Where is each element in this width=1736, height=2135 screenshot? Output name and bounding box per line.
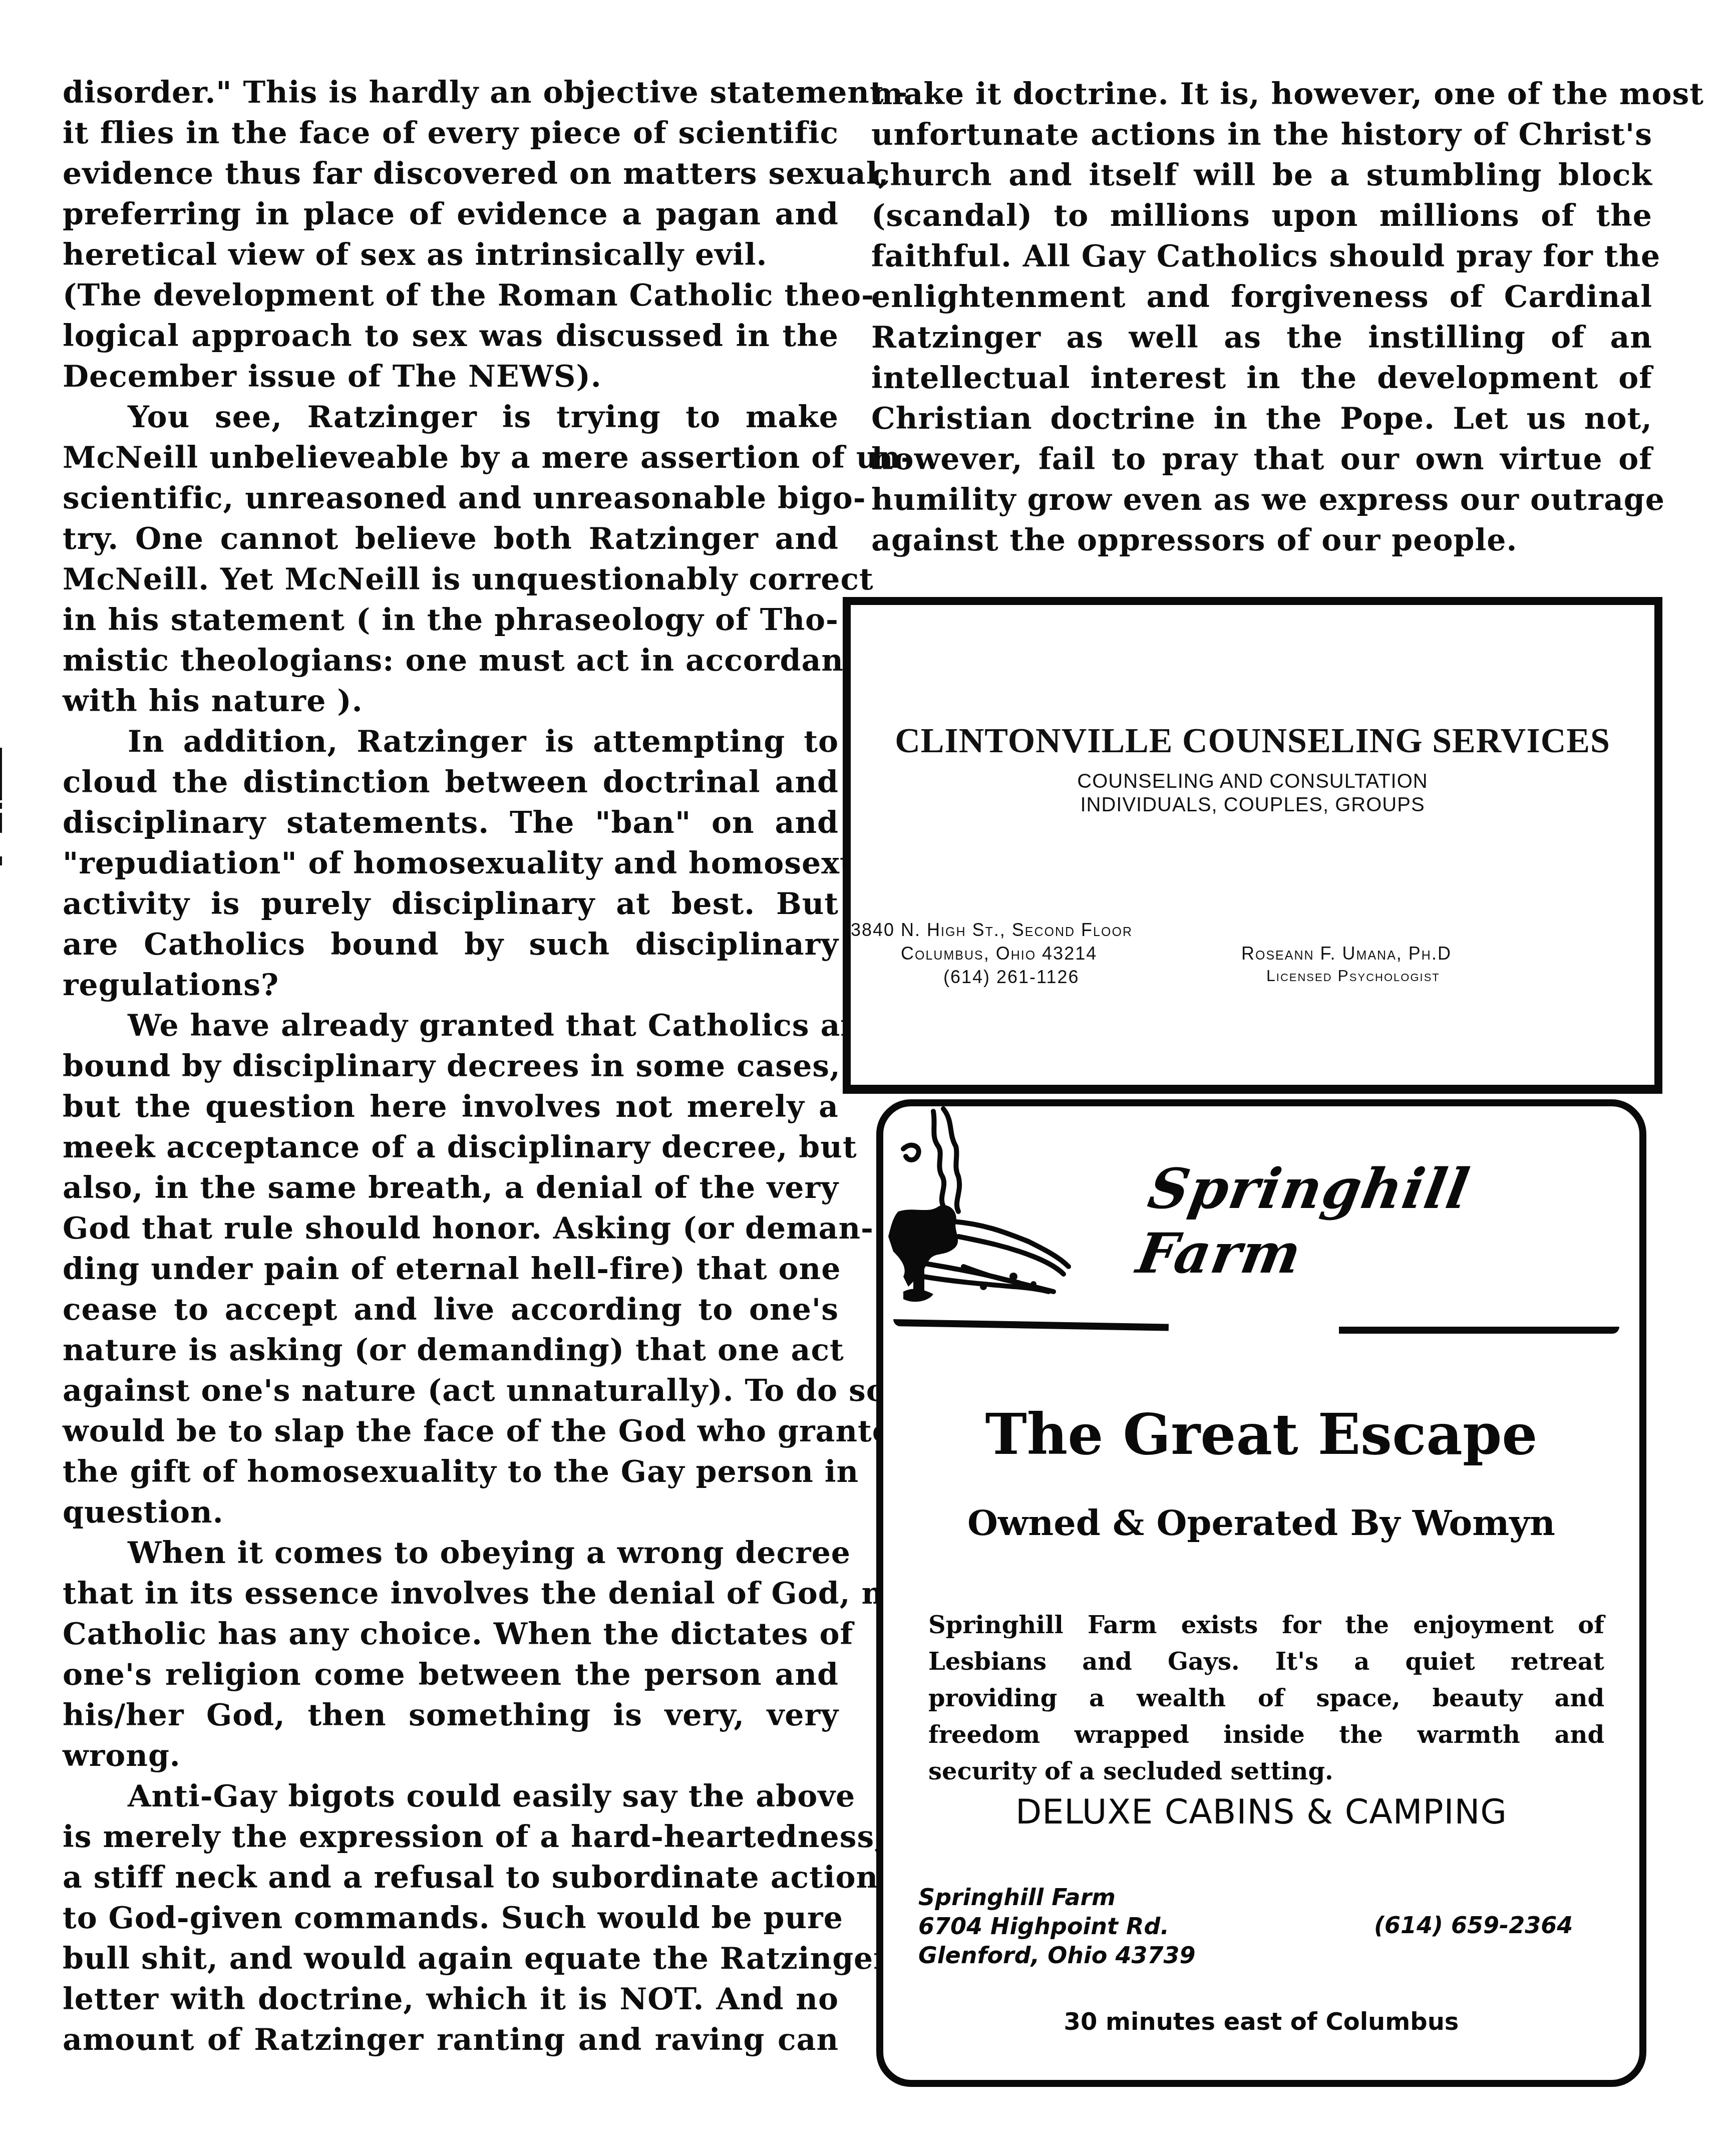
article-line: Catholic has any choice. When the dictat… bbox=[63, 1614, 839, 1655]
newspaper-page: disorder." This is hardly an objective s… bbox=[0, 0, 1736, 2135]
article-line: it flies in the face of every piece of s… bbox=[63, 113, 839, 154]
scan-margin-mark bbox=[0, 856, 2, 865]
ad-subtitle-services: COUNSELING AND CONSULTATION bbox=[851, 770, 1654, 793]
article-line: amount of Ratzinger ranting and raving c… bbox=[63, 2020, 839, 2060]
ad-phone: (614) 659-2364 bbox=[1374, 1912, 1573, 1939]
article-line: logical approach to sex was discussed in… bbox=[63, 316, 839, 357]
article-line: McNeill. Yet McNeill is unquestionably c… bbox=[63, 559, 839, 600]
article-line: wrong. bbox=[63, 1736, 839, 1776]
article-line: In addition, Ratzinger is attempting to bbox=[63, 722, 839, 762]
article-line: make it doctrine. It is, however, one of… bbox=[871, 74, 1652, 115]
article-line: We have already granted that Catholics a… bbox=[63, 1006, 839, 1046]
ad-address-name: Springhill Farm bbox=[918, 1883, 1195, 1912]
ad-body-line: Lesbians and Gays. It's a quiet retreat bbox=[928, 1644, 1604, 1680]
article-line: however, fail to pray that our own virtu… bbox=[871, 439, 1652, 480]
article-line: evidence thus far discovered on matters … bbox=[63, 154, 839, 194]
ad-clintonville-counseling: CLINTONVILLE COUNSELING SERVICES COUNSEL… bbox=[843, 597, 1662, 1094]
article-line: bound by disciplinary decrees in some ca… bbox=[63, 1046, 839, 1087]
article-line: but the question here involves not merel… bbox=[63, 1087, 839, 1127]
article-line: When it comes to obeying a wrong decree bbox=[63, 1533, 839, 1574]
article-line: disorder." This is hardly an objective s… bbox=[63, 73, 839, 113]
article-right-column: make it doctrine. It is, however, one of… bbox=[871, 74, 1652, 561]
ad-body-line: freedom wrapped inside the warmth and bbox=[928, 1717, 1604, 1753]
article-line: mistic theologians: one must act in acco… bbox=[63, 641, 839, 681]
article-left-column: disorder." This is hardly an objective s… bbox=[63, 73, 839, 2060]
article-line: also, in the same breath, a denial of th… bbox=[63, 1168, 839, 1208]
ad-practitioner-title: Licensed Psychologist bbox=[1266, 967, 1440, 985]
ad-address-line-2: Columbus, Ohio 43214 bbox=[901, 943, 1097, 964]
ad-springhill-farm: Springhill Farm The Great Escape Owned &… bbox=[876, 1099, 1646, 2087]
article-line: question. bbox=[63, 1492, 839, 1533]
article-line: Ratzinger as well as the instilling of a… bbox=[871, 318, 1652, 358]
article-line: intellectual interest in the development… bbox=[871, 358, 1652, 399]
article-line: "repudiation" of homosexuality and homos… bbox=[63, 843, 839, 884]
article-line: bull shit, and would again equate the Ra… bbox=[63, 1939, 839, 1979]
article-line: ding under pain of eternal hell-fire) th… bbox=[63, 1249, 839, 1290]
article-line: cloud the distinction between doctrinal … bbox=[63, 762, 839, 803]
article-line: church and itself will be a stumbling bl… bbox=[871, 155, 1652, 196]
ad-address-street: 6704 Highpoint Rd. bbox=[918, 1912, 1195, 1941]
article-line: unfortunate actions in the history of Ch… bbox=[871, 115, 1652, 155]
article-line: to God-given commands. Such would be pur… bbox=[63, 1898, 839, 1939]
article-line: Christian doctrine in the Pope. Let us n… bbox=[871, 399, 1652, 439]
article-line: scientific, unreasoned and unreasonable … bbox=[63, 478, 839, 519]
ad-body: Springhill Farm exists for the enjoyment… bbox=[928, 1607, 1604, 1790]
article-line: nature is asking (or demanding) that one… bbox=[63, 1330, 839, 1371]
article-line: disciplinary statements. The "ban" on an… bbox=[63, 803, 839, 843]
scan-margin-mark bbox=[0, 813, 2, 833]
article-line: December issue of The NEWS). bbox=[63, 357, 839, 397]
ad-title: CLINTONVILLE COUNSELING SERVICES bbox=[851, 721, 1654, 761]
article-line: meek acceptance of a disciplinary decree… bbox=[63, 1127, 839, 1168]
article-line: a stiff neck and a refusal to subordinat… bbox=[63, 1858, 839, 1898]
ad-body-line: providing a wealth of space, beauty and bbox=[928, 1680, 1604, 1717]
article-line: one's religion come between the person a… bbox=[63, 1655, 839, 1695]
ad-subhead: Owned & Operated By Womyn bbox=[883, 1502, 1639, 1544]
article-line: the gift of homosexuality to the Gay per… bbox=[63, 1452, 839, 1492]
ad-subtitle-clients: INDIVIDUALS, COUPLES, GROUPS bbox=[851, 794, 1654, 816]
article-line: preferring in place of evidence a pagan … bbox=[63, 194, 839, 235]
ad-address-city: Glenford, Ohio 43739 bbox=[918, 1941, 1195, 1970]
article-line: that in its essence involves the denial … bbox=[63, 1574, 839, 1614]
ad-phone: (614) 261-1126 bbox=[943, 967, 1080, 988]
article-line: are Catholics bound by such disciplinary bbox=[63, 925, 839, 965]
article-line: (The development of the Roman Catholic t… bbox=[63, 275, 839, 316]
article-line: try. One cannot believe both Ratzinger a… bbox=[63, 519, 839, 559]
article-line: heretical view of sex as intrinsically e… bbox=[63, 235, 839, 275]
article-line: faithful. All Gay Catholics should pray … bbox=[871, 236, 1652, 277]
article-line: against one's nature (act unnaturally). … bbox=[63, 1371, 839, 1411]
article-line: Anti-Gay bigots could easily say the abo… bbox=[63, 1776, 839, 1817]
article-line: humility grow even as we express our out… bbox=[871, 480, 1652, 520]
article-line: regulations? bbox=[63, 965, 839, 1006]
article-line: activity is purely disciplinary at best.… bbox=[63, 884, 839, 925]
article-line: McNeill unbelieveable by a mere assertio… bbox=[63, 438, 839, 478]
ad-footer: 30 minutes east of Columbus bbox=[883, 2008, 1639, 2036]
article-line: against the oppressors of our people. bbox=[871, 520, 1652, 561]
article-line: You see, Ratzinger is trying to make bbox=[63, 397, 839, 438]
ad-address-line-1: 3840 N. High St., Second Floor bbox=[851, 920, 1133, 941]
divider-right bbox=[1339, 1327, 1619, 1334]
article-line: God that rule should honor. Asking (or d… bbox=[63, 1208, 839, 1249]
article-line: would be to slap the face of the God who… bbox=[63, 1411, 839, 1452]
article-line: (scandal) to millions upon millions of t… bbox=[871, 196, 1652, 236]
article-line: letter with doctrine, which it is NOT. A… bbox=[63, 1979, 839, 2020]
scan-margin-mark bbox=[0, 748, 2, 800]
article-line: his/her God, then something is very, ver… bbox=[63, 1695, 839, 1736]
article-line: enlightenment and forgiveness of Cardina… bbox=[871, 277, 1652, 318]
article-line: in his statement ( in the phraseology of… bbox=[63, 600, 839, 641]
ad-amenities: DELUXE CABINS & CAMPING bbox=[883, 1792, 1639, 1832]
ad-body-line: Springhill Farm exists for the enjoyment… bbox=[928, 1607, 1604, 1644]
ad-address: Springhill Farm 6704 Highpoint Rd. Glenf… bbox=[918, 1883, 1195, 1970]
article-line: is merely the expression of a hard-heart… bbox=[63, 1817, 839, 1858]
ad-headline: The Great Escape bbox=[883, 1402, 1639, 1467]
springhill-logo-text: Springhill Farm bbox=[1132, 1156, 1650, 1286]
ad-practitioner-name: Roseann F. Umana, Ph.D bbox=[1241, 943, 1452, 964]
article-line: with his nature ). bbox=[63, 681, 839, 722]
article-line: cease to accept and live according to on… bbox=[63, 1290, 839, 1330]
scan-margin-mark bbox=[0, 803, 2, 809]
ad-body-line: security of a secluded setting. bbox=[928, 1753, 1604, 1790]
